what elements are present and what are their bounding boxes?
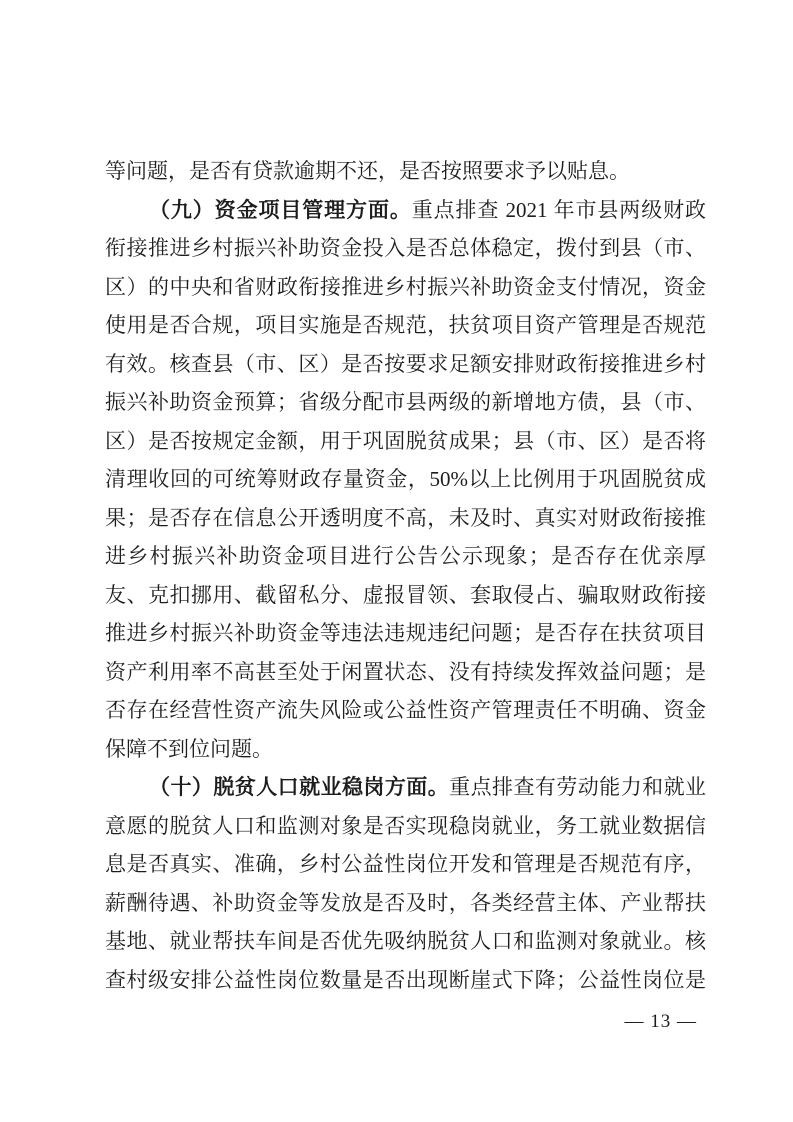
body-line: 资产利用率不高甚至处于闲置状态、没有持续发挥效益问题；是 bbox=[105, 653, 706, 692]
body-line: 基地、就业帮扶车间是否优先吸纳脱贫人口和监测对象就业。核 bbox=[105, 922, 706, 961]
body-line: 果；是否存在信息公开透明度不高，未及时、真实对财政衔接推 bbox=[105, 499, 706, 538]
page-number: — 13 — bbox=[625, 1008, 698, 1036]
body-line: 区）的中央和省财政衔接推进乡村振兴补助资金支付情况，资金 bbox=[105, 268, 706, 307]
body-line: 意愿的脱贫人口和监测对象是否实现稳岗就业，务工就业数据信 bbox=[105, 807, 706, 846]
body-line: 等问题，是否有贷款逾期不还，是否按照要求予以贴息。 bbox=[105, 152, 706, 191]
body-line: 振兴补助资金预算；省级分配市县两级的新增地方债，县（市、 bbox=[105, 383, 706, 422]
section-first-line: （九）资金项目管理方面。重点排查 2021 年市县两级财政 bbox=[105, 191, 706, 230]
body-line: 薪酬待遇、补助资金等发放是否及时，各类经营主体、产业帮扶 bbox=[105, 884, 706, 923]
body-line: 衔接推进乡村振兴补助资金投入是否总体稳定，拨付到县（市、 bbox=[105, 229, 706, 268]
body-line: 区）是否按规定金额，用于巩固脱贫成果；县（市、区）是否将 bbox=[105, 422, 706, 461]
body-line: 保障不到位问题。 bbox=[105, 730, 706, 769]
body-line: 推进乡村振兴补助资金等违法违规违纪问题；是否存在扶贫项目 bbox=[105, 614, 706, 653]
body-line: 使用是否合规，项目实施是否规范，扶贫项目资产管理是否规范 bbox=[105, 306, 706, 345]
body-text: 重点排查 2021 年市县两级财政 bbox=[412, 198, 706, 222]
body-line: 友、克扣挪用、截留私分、虚报冒领、套取侵占、骗取财政衔接 bbox=[105, 576, 706, 615]
body-line: 清理收回的可统筹财政存量资金，50%以上比例用于巩固脱贫成 bbox=[105, 460, 706, 499]
body-line: 否存在经营性资产流失风险或公益性资产管理责任不明确、资金 bbox=[105, 691, 706, 730]
body-line: 进乡村振兴补助资金项目进行公告公示现象；是否存在优亲厚 bbox=[105, 537, 706, 576]
section-heading: （十）脱贫人口就业稳岗方面。 bbox=[149, 775, 449, 799]
body-line: 有效。核查县（市、区）是否按要求足额安排财政衔接推进乡村 bbox=[105, 345, 706, 384]
body-text: 重点排查有劳动能力和就业 bbox=[449, 775, 706, 799]
document-body: 等问题，是否有贷款逾期不还，是否按照要求予以贴息。 （九）资金项目管理方面。重点… bbox=[105, 152, 706, 999]
document-page: 等问题，是否有贷款逾期不还，是否按照要求予以贴息。 （九）资金项目管理方面。重点… bbox=[0, 0, 793, 1122]
section-heading: （九）资金项目管理方面。 bbox=[149, 198, 412, 222]
body-line: 息是否真实、准确，乡村公益性岗位开发和管理是否规范有序， bbox=[105, 845, 706, 884]
section-first-line: （十）脱贫人口就业稳岗方面。重点排查有劳动能力和就业 bbox=[105, 768, 706, 807]
body-line: 查村级安排公益性岗位数量是否出现断崖式下降；公益性岗位是 bbox=[105, 961, 706, 1000]
